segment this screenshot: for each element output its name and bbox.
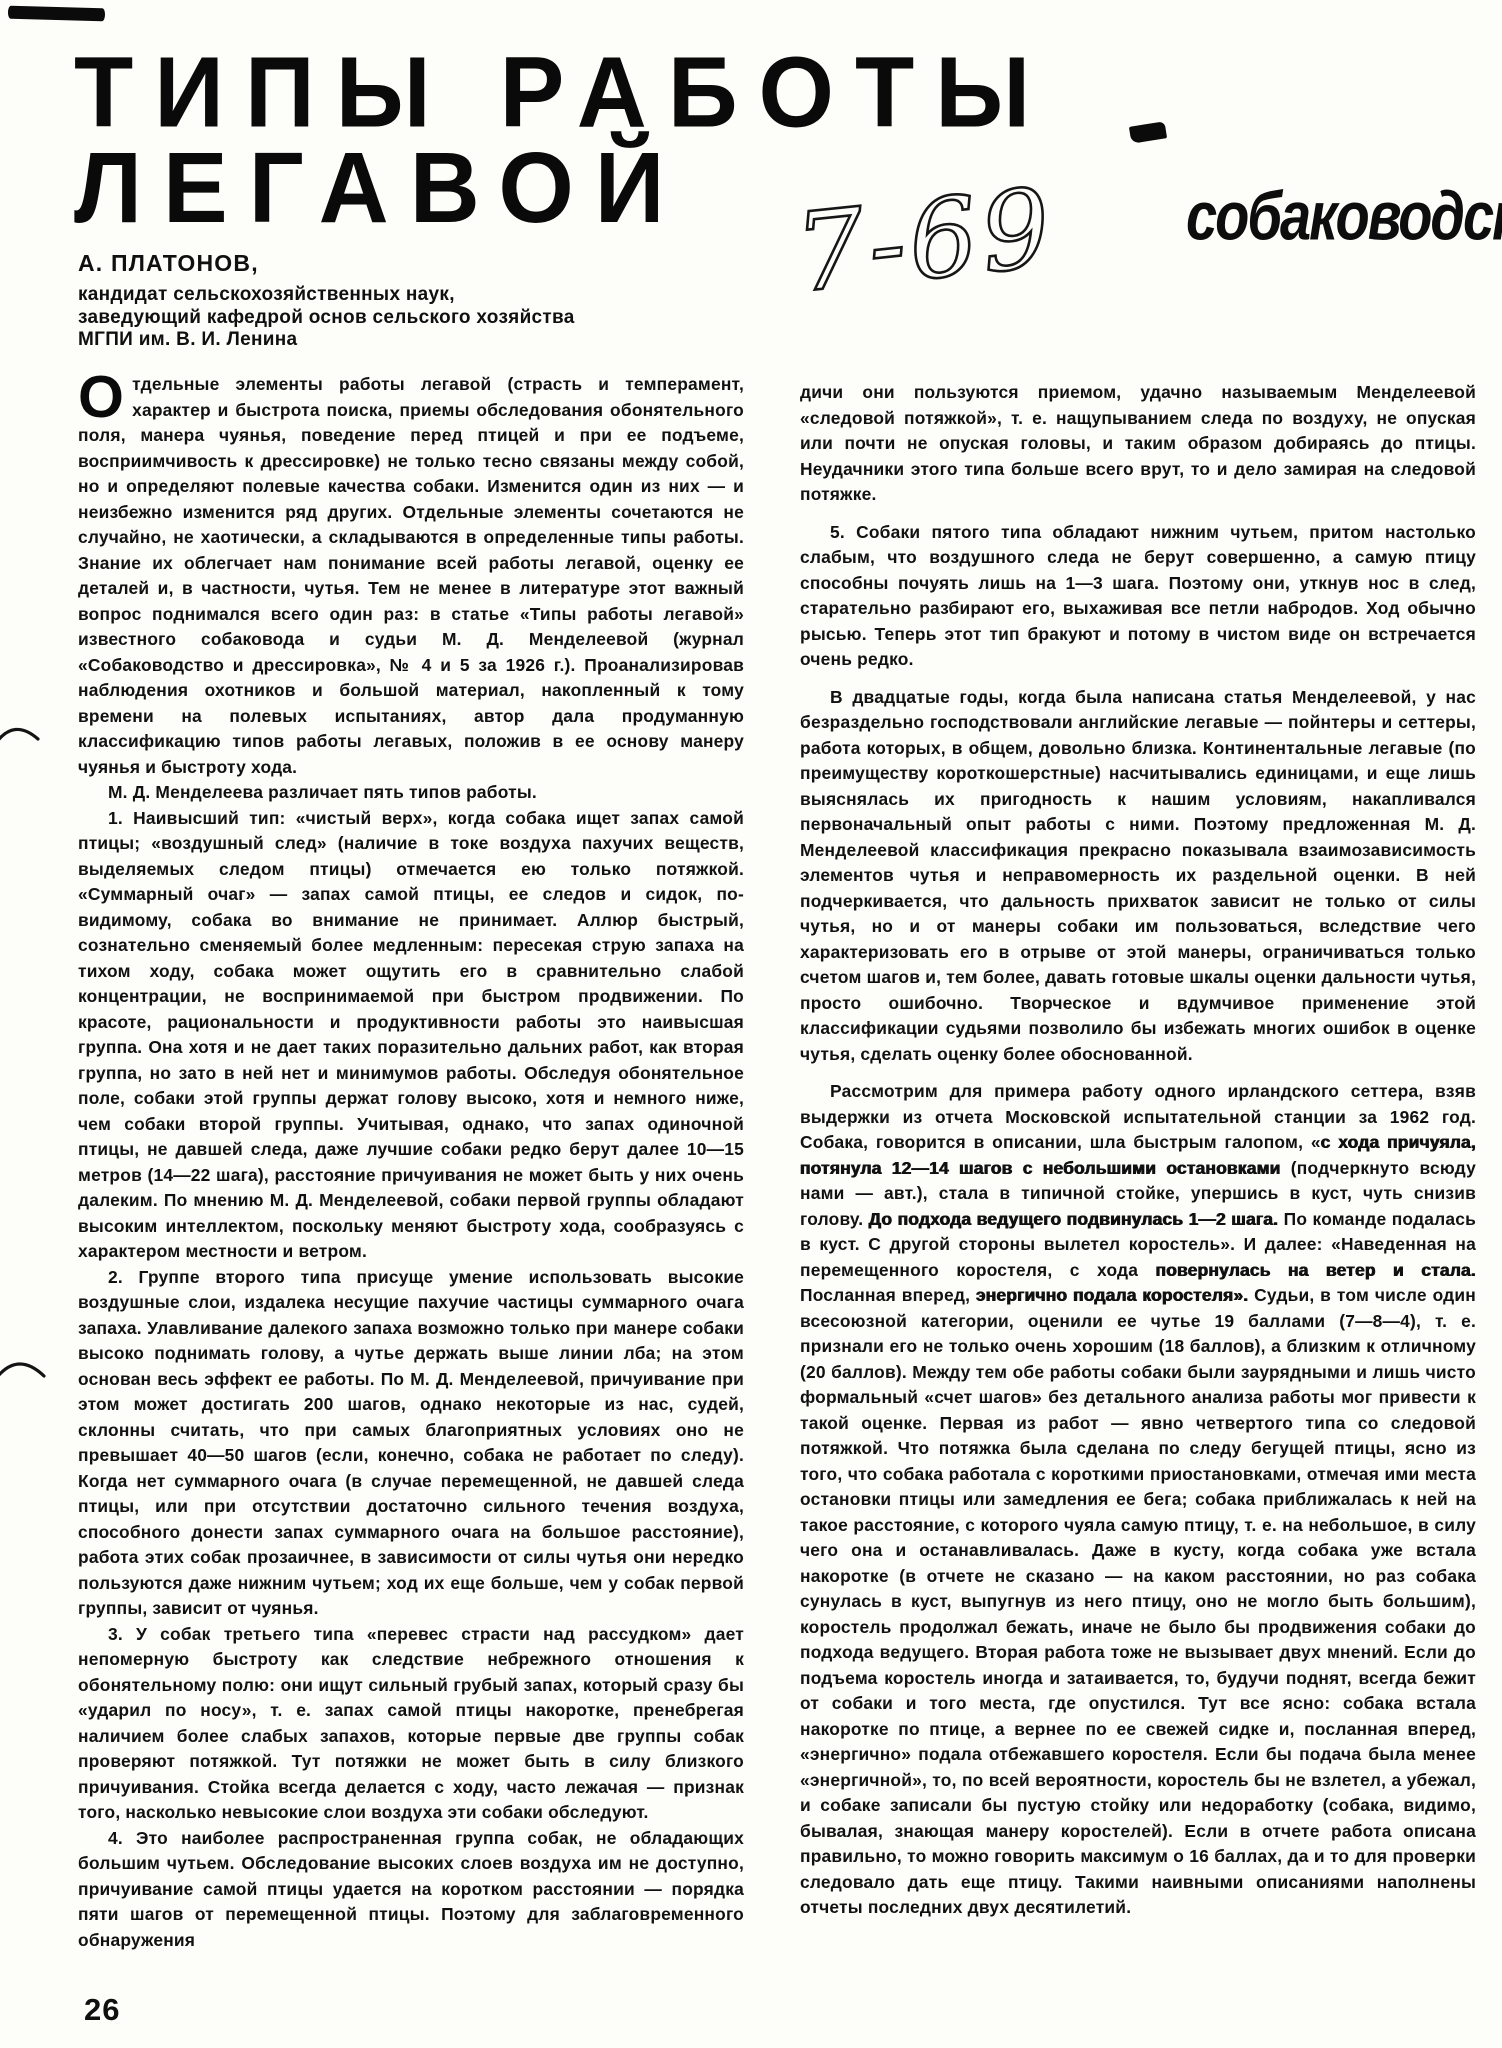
right-column: дичи они пользуются приемом, удачно назы… [800,380,1476,1921]
paragraph: 1. Наивысший тип: «чистый верх», когда с… [78,806,744,1265]
handwritten-issue-number: 7-69 [782,158,1102,333]
paragraph: 4. Это наиболее распространенная группа … [78,1826,744,1954]
paragraph: Отдельные элементы работы легавой (страс… [78,372,744,780]
margin-mark [0,1348,47,1389]
author-credential-line: кандидат сельскохозяйственных наук, [78,284,575,307]
paragraph: М. Д. Менделеева различает пять типов ра… [78,780,744,806]
scan-mark-dash [8,6,105,22]
scan-ink-blot [1129,121,1167,143]
author-name: А. ПЛАТОНОВ, [78,250,575,277]
paragraph: 5. Собаки пятого типа обладают нижним чу… [800,520,1476,673]
paragraph: 2. Группе второго типа присуще умение ис… [78,1265,744,1622]
magazine-logo: собаководство [1186,176,1502,255]
paragraph: В двадцатые годы, когда была написана ст… [800,685,1476,1068]
page-number: 26 [84,1992,120,2028]
article-title-line1: ТИПЫ РАБОТЫ [74,44,1051,140]
magazine-page: ТИПЫ РАБОТЫ ЛЕГАВОЙ 7-69 собаководство А… [0,0,1502,2048]
margin-mark [0,714,41,753]
paragraph: 3. У собак третьего типа «перевес страст… [78,1622,744,1826]
handwritten-text: 7-69 [790,166,1060,317]
left-column: Отдельные элементы работы легавой (страс… [78,372,744,1953]
drop-cap: О [78,372,132,420]
author-block: А. ПЛАТОНОВ, кандидат сельскохозяйственн… [78,250,575,352]
author-credential-line: МГПИ им. В. И. Ленина [78,329,575,352]
paragraph: дичи они пользуются приемом, удачно назы… [800,380,1476,508]
paragraph: Рассмотрим для примера работу одного ирл… [800,1079,1476,1921]
author-credential-line: заведующий кафедрой основ сельского хозя… [78,307,575,330]
